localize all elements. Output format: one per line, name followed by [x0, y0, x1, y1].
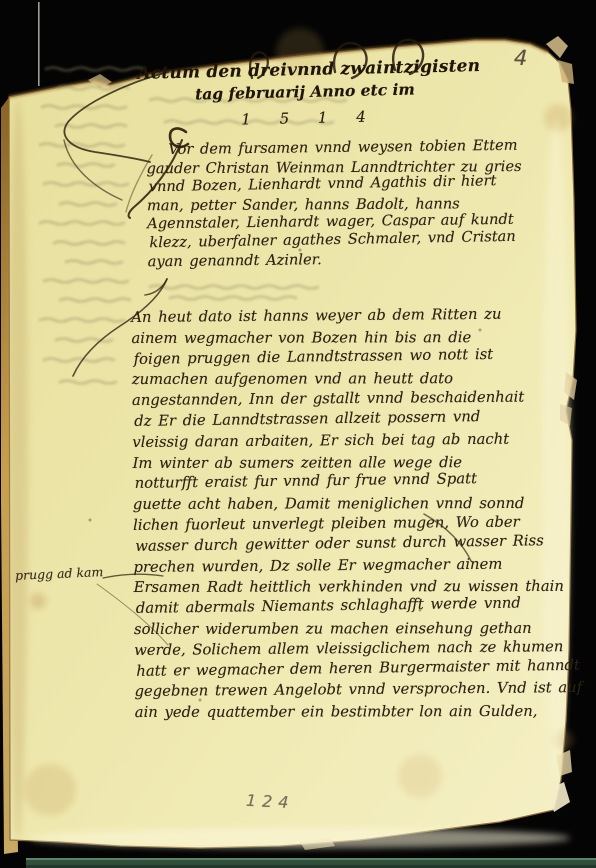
paragraph-witness-list: Vor dem fursamen vnnd weysen tobien Ette…	[146, 137, 523, 272]
gutter-shading	[8, 100, 28, 840]
manuscript-line: guette acht haben, Damit meniglichen vnn…	[133, 494, 581, 516]
manuscript-line: notturfft eraist fur vnnd fur frue vnnd …	[135, 468, 583, 495]
manuscript-line: man, petter Sander, hanns Badolt, hanns	[147, 195, 522, 216]
paper-fleck	[89, 519, 92, 522]
manuscript-line: prechen wurden, Dz solle Er wegmacher ai…	[133, 554, 581, 579]
manuscript-page-photo: Actum den dreivnnd zwaintzigisten tag fe…	[0, 0, 596, 868]
manuscript-line: sollicher widerumben zu machen einsehung…	[134, 619, 582, 641]
record-heading: Actum den dreivnnd zwaintzigisten tag fe…	[137, 56, 472, 131]
bottom-edge-highlight	[30, 828, 570, 848]
archival-page-number-pencil: 124	[246, 791, 295, 813]
manuscript-line: Vor dem fursamen vnnd weysen tobien Ette…	[146, 137, 521, 160]
manuscript-line: vleissig daran arbaiten, Er sich bei tag…	[132, 429, 580, 454]
stain	[24, 764, 76, 816]
manuscript-line: An heut dato ist hanns weyer ab dem Ritt…	[131, 304, 579, 329]
folio-number: 4	[514, 46, 528, 70]
stain	[398, 754, 442, 798]
manuscript-line: gegebnen trewen Angelobt vnnd versproche…	[134, 678, 582, 703]
manuscript-line: zumachen aufgenomen vnd an heutt dato	[132, 369, 580, 391]
paragraph-road-maker-contract: An heut dato ist hanns weyer ab dem Ritt…	[131, 304, 582, 724]
green-strip-highlight	[26, 858, 596, 860]
page-edge-sliver	[38, 2, 40, 86]
manuscript-line: ain yede quattember ein bestimbter lon a…	[135, 702, 583, 724]
stain	[30, 593, 46, 609]
green-table-strip	[26, 858, 596, 868]
